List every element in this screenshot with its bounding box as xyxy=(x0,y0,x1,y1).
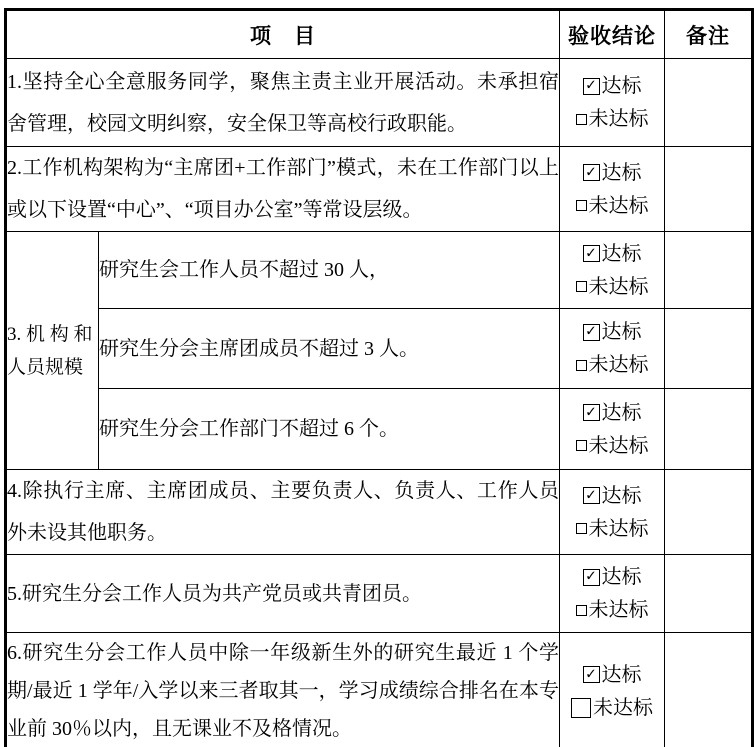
header-item: 项 目 xyxy=(6,10,560,59)
fail-option: 未达标 xyxy=(560,106,664,132)
item-text: 1.坚持全心全意服务同学，聚焦主责主业开展活动。未承担宿舍管理，校园文明纠察，安… xyxy=(6,59,560,147)
pass-option: ✓达标 xyxy=(560,400,664,426)
header-conclusion: 验收结论 xyxy=(560,10,665,59)
item-row-3-sub-2: 研究生分会主席团成员不超过 3 人。 ✓达标未达标 xyxy=(6,309,753,389)
item-text: 6.研究生分会工作人员中除一年级新生外的研究生最近 1 个学期/最近 1 学年/… xyxy=(6,633,560,747)
conclusion-cell: ✓达标未达标 xyxy=(560,309,665,389)
pass-option: ✓达标 xyxy=(560,73,664,99)
unchecked-checkbox-icon xyxy=(576,440,587,451)
checked-checkbox-icon: ✓ xyxy=(583,324,600,341)
conclusion-cell: ✓达标未达标 xyxy=(560,470,665,555)
pass-label: 达标 xyxy=(602,73,642,99)
pass-label: 达标 xyxy=(602,319,642,345)
item-row-3-sub-3: 研究生分会工作部门不超过 6 个。 ✓达标未达标 xyxy=(6,389,753,470)
group-label-line-2: 人员规模 xyxy=(7,351,98,384)
pass-label: 达标 xyxy=(602,483,642,509)
pass-label: 达标 xyxy=(602,400,642,426)
header-remark: 备注 xyxy=(665,10,753,59)
remark-cell xyxy=(665,309,753,389)
item-row-4: 4.除执行主席、主席团成员、主要负责人、负责人、工作人员外未设其他职务。 ✓达标… xyxy=(6,470,753,555)
fail-label: 未达标 xyxy=(589,352,649,378)
remark-cell xyxy=(665,59,753,147)
remark-cell xyxy=(665,470,753,555)
checked-checkbox-icon: ✓ xyxy=(583,487,600,504)
conclusion-cell: ✓达标未达标 xyxy=(560,147,665,232)
fail-label: 未达标 xyxy=(589,597,649,623)
item-row-6: 6.研究生分会工作人员中除一年级新生外的研究生最近 1 个学期/最近 1 学年/… xyxy=(6,633,753,747)
pass-label: 达标 xyxy=(602,662,642,688)
fail-option: 未达标 xyxy=(560,274,664,300)
conclusion-cell: ✓达标未达标 xyxy=(560,633,665,747)
remark-cell xyxy=(665,389,753,470)
remark-cell xyxy=(665,633,753,747)
pass-option: ✓达标 xyxy=(560,319,664,345)
item-row-2: 2.工作机构架构为“主席团+工作部门”模式，未在工作部门以上或以下设置“中心”、… xyxy=(6,147,753,232)
acceptance-table: 项 目 验收结论 备注 1.坚持全心全意服务同学，聚焦主责主业开展活动。未承担宿… xyxy=(4,8,754,747)
pass-option: ✓达标 xyxy=(560,241,664,267)
item-row-3-sub-1: 3. 机 构 和 人员规模 研究生会工作人员不超过 30 人， ✓达标未达标 xyxy=(6,232,753,309)
fail-label: 未达标 xyxy=(589,106,649,132)
conclusion-cell: ✓达标未达标 xyxy=(560,232,665,309)
unchecked-checkbox-icon xyxy=(576,523,587,534)
checked-checkbox-icon: ✓ xyxy=(583,245,600,262)
group-label-line-1: 3. 机 构 和 xyxy=(7,318,98,351)
unchecked-checkbox-icon xyxy=(576,114,587,125)
item-text: 4.除执行主席、主席团成员、主要负责人、负责人、工作人员外未设其他职务。 xyxy=(6,470,560,555)
checked-checkbox-icon: ✓ xyxy=(583,666,600,683)
fail-option: 未达标 xyxy=(560,352,664,378)
checked-checkbox-icon: ✓ xyxy=(583,164,600,181)
pass-label: 达标 xyxy=(602,564,642,590)
fail-option: 未达标 xyxy=(560,597,664,623)
sub-item-text: 研究生分会主席团成员不超过 3 人。 xyxy=(99,309,560,389)
checked-checkbox-icon: ✓ xyxy=(583,404,600,421)
fail-label: 未达标 xyxy=(593,695,653,721)
unchecked-checkbox-icon xyxy=(576,200,587,211)
fail-label: 未达标 xyxy=(589,274,649,300)
fail-label: 未达标 xyxy=(589,516,649,542)
item-text: 5.研究生分会工作人员为共产党员或共青团员。 xyxy=(6,555,560,633)
fail-option: 未达标 xyxy=(560,433,664,459)
unchecked-checkbox-icon xyxy=(576,360,587,371)
item-row-1: 1.坚持全心全意服务同学，聚焦主责主业开展活动。未承担宿舍管理，校园文明纠察，安… xyxy=(6,59,753,147)
unchecked-checkbox-icon xyxy=(571,698,591,718)
fail-option: 未达标 xyxy=(560,516,664,542)
item-text: 2.工作机构架构为“主席团+工作部门”模式，未在工作部门以上或以下设置“中心”、… xyxy=(6,147,560,232)
pass-option: ✓达标 xyxy=(560,160,664,186)
fail-label: 未达标 xyxy=(589,193,649,219)
sub-item-text: 研究生分会工作部门不超过 6 个。 xyxy=(99,389,560,470)
group-label: 3. 机 构 和 人员规模 xyxy=(6,232,99,470)
checked-checkbox-icon: ✓ xyxy=(583,569,600,586)
remark-cell xyxy=(665,232,753,309)
pass-option: ✓达标 xyxy=(560,662,664,688)
conclusion-cell: ✓达标未达标 xyxy=(560,59,665,147)
fail-option: 未达标 xyxy=(560,193,664,219)
pass-label: 达标 xyxy=(602,241,642,267)
conclusion-cell: ✓达标未达标 xyxy=(560,555,665,633)
conclusion-cell: ✓达标未达标 xyxy=(560,389,665,470)
header-row: 项 目 验收结论 备注 xyxy=(6,10,753,59)
sub-item-text: 研究生会工作人员不超过 30 人， xyxy=(99,232,560,309)
pass-option: ✓达标 xyxy=(560,483,664,509)
remark-cell xyxy=(665,147,753,232)
remark-cell xyxy=(665,555,753,633)
pass-option: ✓达标 xyxy=(560,564,664,590)
pass-label: 达标 xyxy=(602,160,642,186)
unchecked-checkbox-icon xyxy=(576,281,587,292)
checked-checkbox-icon: ✓ xyxy=(583,78,600,95)
item-row-5: 5.研究生分会工作人员为共产党员或共青团员。 ✓达标未达标 xyxy=(6,555,753,633)
fail-label: 未达标 xyxy=(589,433,649,459)
fail-option: 未达标 xyxy=(560,695,664,721)
unchecked-checkbox-icon xyxy=(576,605,587,616)
